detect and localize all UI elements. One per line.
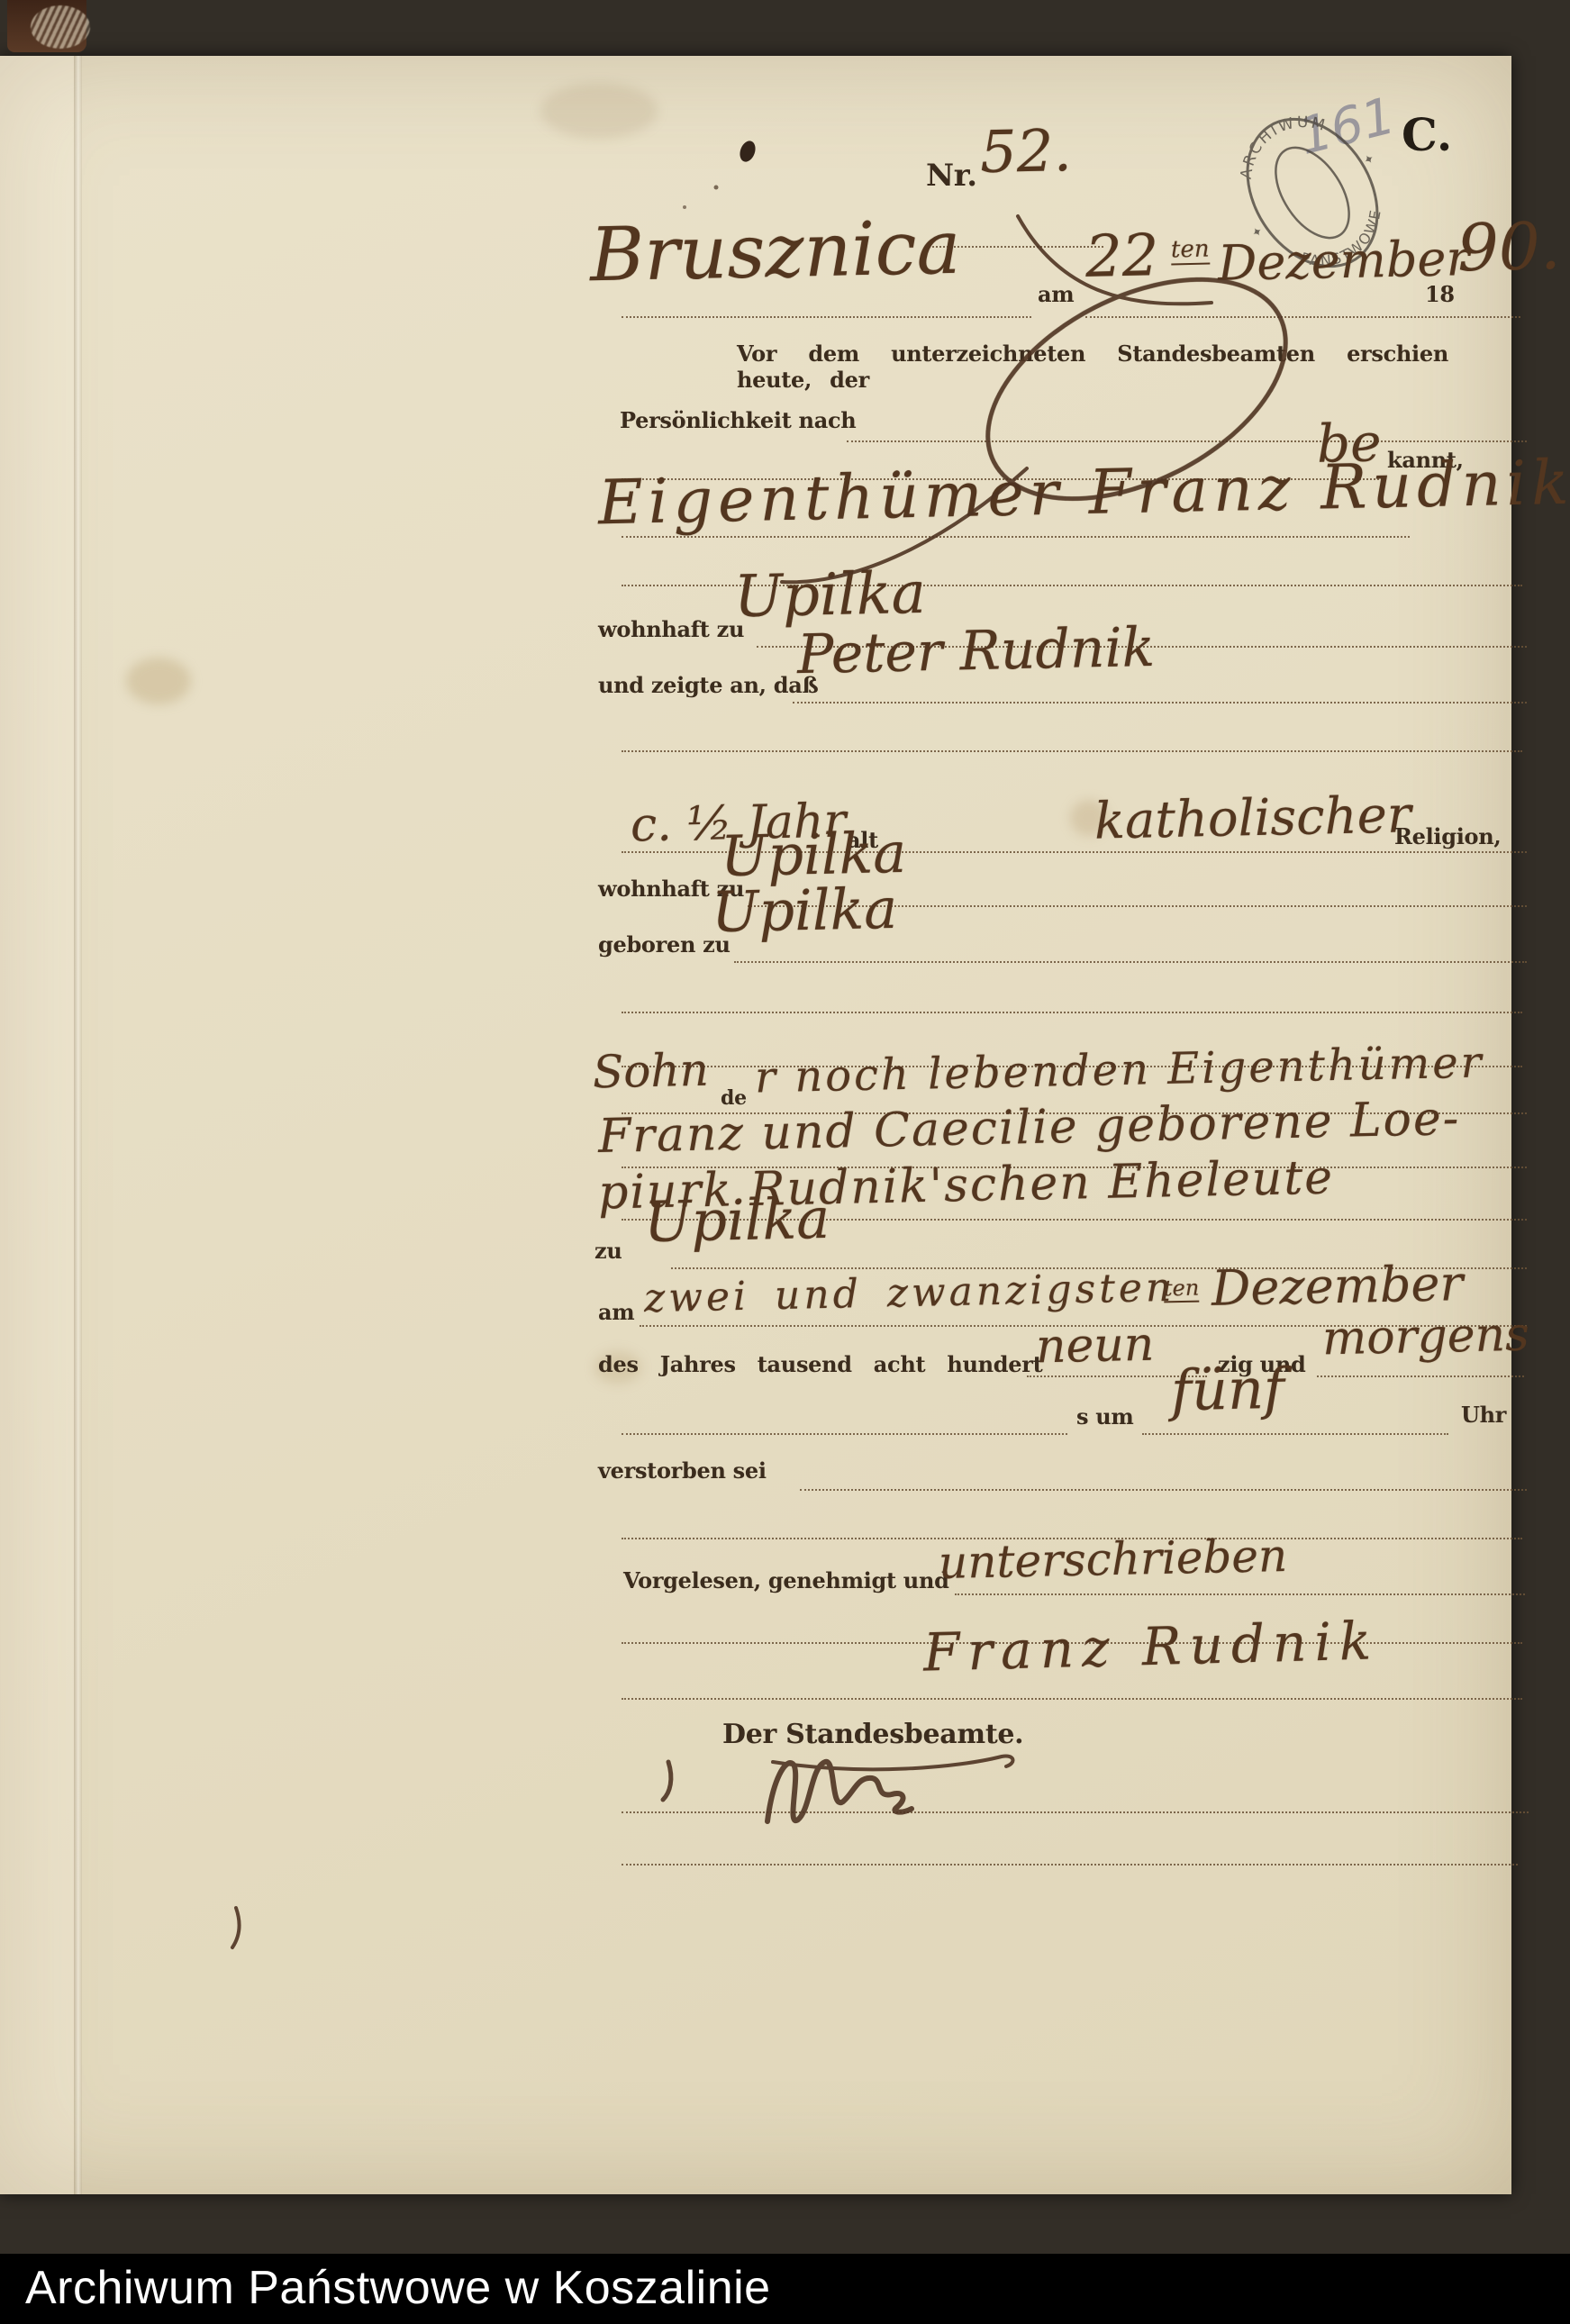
archive-caption-text: Archiwum Państwowe w Koszalinie bbox=[25, 2261, 771, 2315]
dotted-rule bbox=[1142, 1430, 1448, 1435]
religion-handwritten: katholischer bbox=[1094, 785, 1411, 850]
dotted-rule bbox=[622, 1809, 1529, 1813]
dotted-rule bbox=[734, 958, 1527, 963]
date-year: 90. bbox=[1457, 208, 1561, 286]
filiation-place: Upilka bbox=[643, 1185, 830, 1255]
death-date-label: am bbox=[598, 1299, 634, 1325]
religion-label: Religion, bbox=[1394, 823, 1501, 849]
dotted-rule bbox=[1317, 1373, 1524, 1377]
birth-place: Upilka bbox=[711, 876, 898, 945]
dotted-rule bbox=[622, 1861, 1518, 1866]
date-century: 18 bbox=[1425, 281, 1455, 307]
dotted-rule bbox=[800, 1486, 1527, 1491]
page-gutter bbox=[0, 56, 74, 2194]
dotted-rule bbox=[622, 1430, 1067, 1435]
date-day-suffix: ten bbox=[1171, 236, 1210, 266]
declarant-residence: Upilka bbox=[733, 560, 926, 631]
dotted-rule bbox=[1085, 313, 1520, 318]
date-prefix-label: am bbox=[1038, 281, 1074, 307]
identity-label: Persönlichkeit nach bbox=[620, 407, 856, 433]
record-number-label: Nr. bbox=[926, 158, 977, 194]
birthplace-label: geboren zu bbox=[598, 931, 731, 958]
death-month: Dezember bbox=[1211, 1255, 1463, 1317]
corner-letter: C. bbox=[1402, 108, 1452, 161]
year-tens: neun bbox=[1035, 1318, 1154, 1375]
filiation-zu-label: zu bbox=[594, 1238, 622, 1264]
dotted-rule bbox=[622, 1695, 1522, 1700]
stamp-text-top: ARCHIWUM bbox=[1221, 112, 1335, 187]
paper-stain bbox=[540, 83, 658, 139]
filiation-sohn: Sohn bbox=[592, 1044, 709, 1099]
date-day: 22 bbox=[1084, 222, 1159, 291]
registrar-label: Der Standesbeamte. bbox=[722, 1719, 1023, 1750]
dotted-rule bbox=[622, 1009, 1522, 1013]
declarant-signature: Franz Rudnik bbox=[922, 1610, 1380, 1683]
year-label: des Jahres tausend acht hundert bbox=[598, 1351, 1042, 1377]
dotted-rule bbox=[622, 533, 1410, 538]
dotted-rule bbox=[955, 1591, 1525, 1595]
report-label: und zeigte an, daß bbox=[598, 672, 818, 698]
daytime: morgens bbox=[1321, 1308, 1529, 1366]
closing-handwritten: unterschrieben bbox=[938, 1530, 1287, 1589]
dotted-rule bbox=[622, 313, 1031, 318]
dotted-rule bbox=[622, 748, 1522, 752]
record-number-value: 52. bbox=[979, 118, 1072, 186]
deceased-name: Peter Rudnik bbox=[796, 616, 1155, 686]
registry-place: Brusznica bbox=[589, 205, 961, 299]
time-of-death: fünf bbox=[1170, 1356, 1284, 1424]
binding-crease bbox=[74, 56, 82, 2194]
time-prefix-label: s um bbox=[1076, 1403, 1134, 1430]
dotted-rule bbox=[847, 438, 1527, 442]
time-suffix-label: Uhr bbox=[1461, 1402, 1506, 1428]
scanned-death-record: Nr. 52. 161 C. ARCHIWUM PAŃSTWOWE ✦ ✦ Br… bbox=[0, 0, 1570, 2324]
residence-label: wohnhaft zu bbox=[598, 616, 744, 642]
intro-sentence: Vor dem unterzeichneten Standesbeamten e… bbox=[737, 340, 1448, 393]
svg-text:ARCHIWUM: ARCHIWUM bbox=[1221, 112, 1335, 187]
binding-threads bbox=[31, 5, 90, 49]
paper-stain bbox=[126, 658, 191, 704]
dotted-rule bbox=[793, 699, 1527, 704]
died-label: verstorben sei bbox=[598, 1457, 767, 1484]
death-day-suffix: ten bbox=[1164, 1275, 1200, 1303]
closing-label: Vorgelesen, genehmigt und bbox=[623, 1567, 949, 1593]
